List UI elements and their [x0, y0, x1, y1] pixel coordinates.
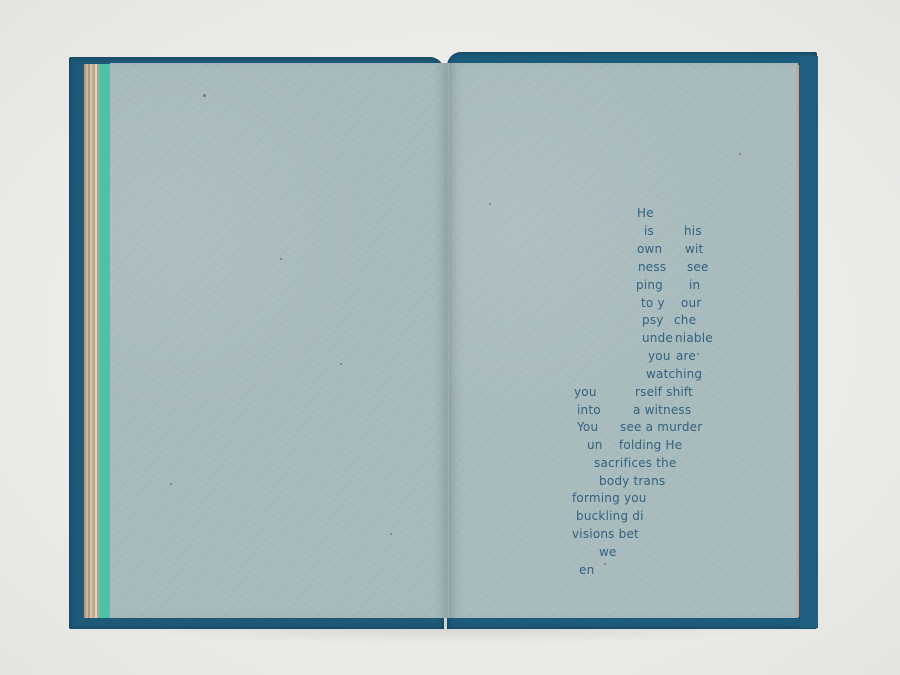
poem-word: He [637, 206, 654, 220]
poem-word: is [644, 224, 654, 238]
poem-word: ness [638, 260, 666, 274]
poem-word: psy [642, 313, 664, 327]
poem-word: rself shift [635, 385, 693, 399]
poem-word: our [681, 296, 701, 310]
poem-word: see [687, 260, 709, 274]
poem-word: we [599, 545, 617, 559]
poem-word: wit [685, 242, 703, 256]
poem-word: sacrifices the [594, 456, 677, 470]
poem-word: into [577, 403, 601, 417]
poem-word: unde [642, 331, 673, 345]
poem-word: forming you [572, 491, 647, 505]
poem-word: in [689, 278, 700, 292]
poem-word: niable [675, 331, 713, 345]
poem-word: visions bet [572, 527, 639, 541]
poem-word: ping [636, 278, 663, 292]
poem-word: buckling di [576, 509, 644, 523]
poem-word: own [637, 242, 662, 256]
poem-word: to y [641, 296, 665, 310]
poem-word: see a murder [620, 420, 702, 434]
poem-word: you [574, 385, 597, 399]
concrete-poem: He is his own wit ness see ping in to y … [0, 0, 900, 675]
poem-word: un [587, 438, 603, 452]
poem-word: en [579, 563, 594, 577]
poem-word: che [674, 313, 696, 327]
poem-word: are [676, 349, 696, 363]
poem-word: a witness [633, 403, 691, 417]
poem-word: watching [646, 367, 702, 381]
poem-word: you [648, 349, 671, 363]
poem-word: You [577, 420, 598, 434]
poem-word: body trans [599, 474, 665, 488]
poem-word: his [684, 224, 702, 238]
poem-word: folding He [619, 438, 682, 452]
